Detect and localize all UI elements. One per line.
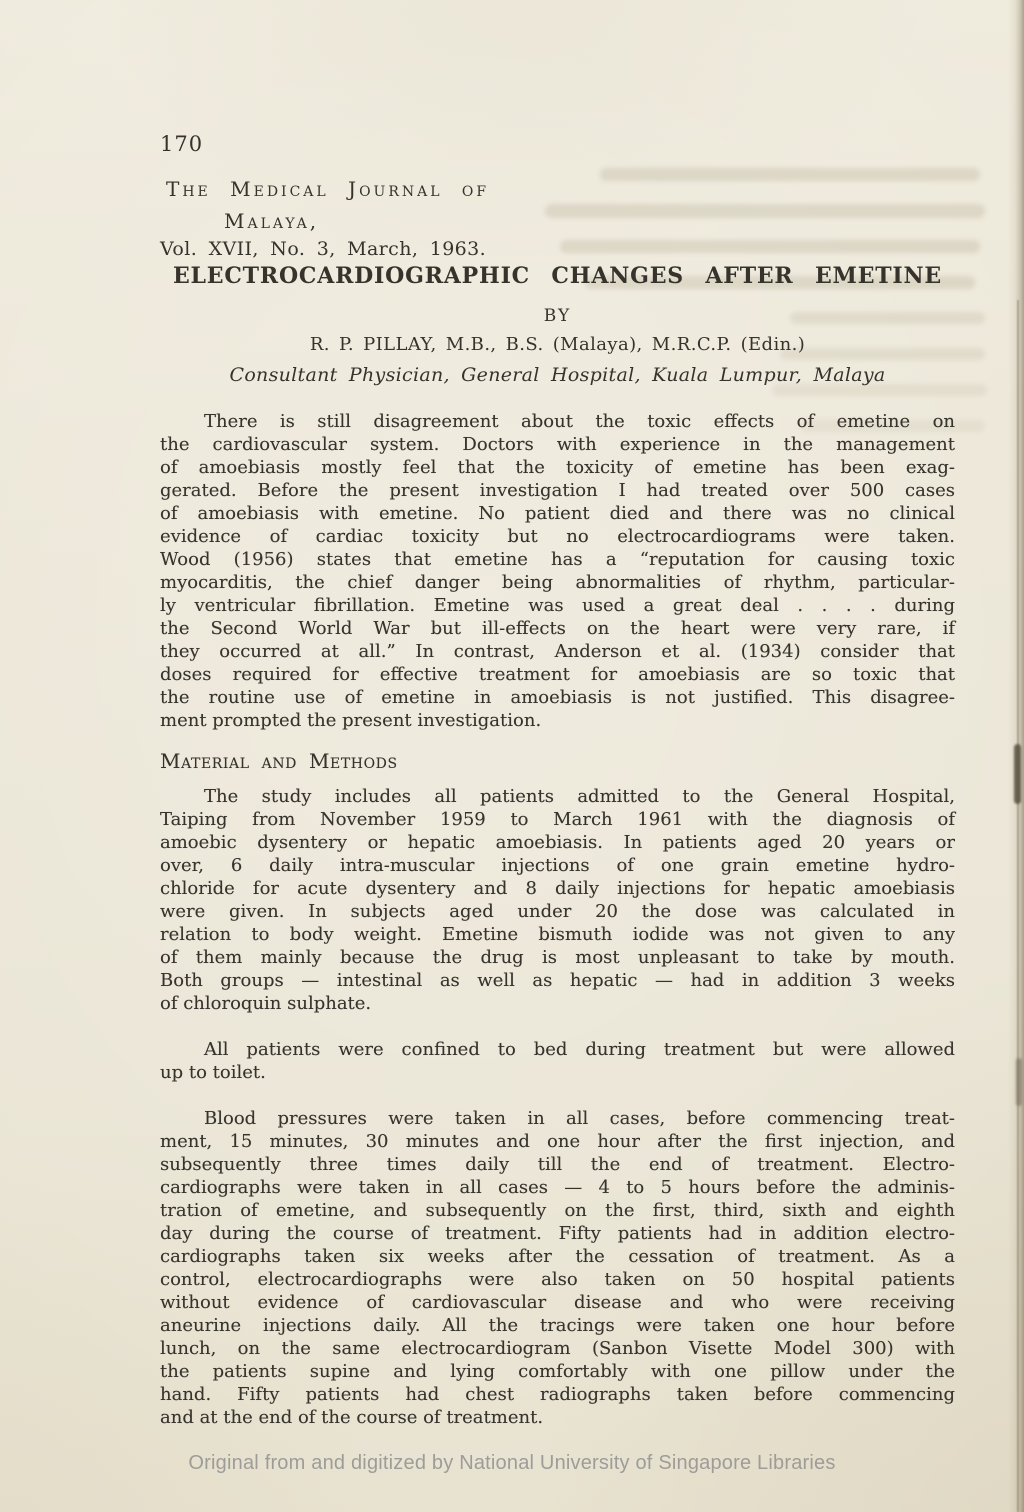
- text-line: ment, 15 minutes, 30 minutes and one hou…: [160, 1130, 955, 1153]
- bleedthrough-line: [545, 204, 985, 218]
- text-line: cardiographs were taken in all cases — 4…: [160, 1176, 955, 1199]
- text-line: the cardiovascular system. Doctors with …: [160, 433, 955, 456]
- byline-prefix: BY: [160, 306, 955, 326]
- text-line: relation to body weight. Emetine bismuth…: [160, 923, 955, 946]
- article-body: There is still disagreement about the to…: [160, 410, 955, 1429]
- text-line: gerated. Before the present investigatio…: [160, 479, 955, 502]
- text-line: Both groups — intestinal as well as hepa…: [160, 969, 955, 992]
- section-heading-material-and-methods: Material and Methods: [160, 750, 955, 773]
- binding-edge-line: [1017, 300, 1019, 1512]
- scanned-journal-page: 170 The Medical Journal of Malaya, Vol. …: [0, 0, 1024, 1512]
- text-line: were given. In subjects aged under 20 th…: [160, 900, 955, 923]
- text-line: and at the end of the course of treatmen…: [160, 1406, 955, 1429]
- text-line: hand. Fifty patients had chest radiograp…: [160, 1383, 955, 1406]
- paragraph-introduction: There is still disagreement about the to…: [160, 410, 955, 732]
- text-line: myocarditis, the chief danger being abno…: [160, 571, 955, 594]
- paragraph-measurements: Blood pressures were taken in all cases,…: [160, 1107, 955, 1429]
- text-line: control, electrocardiographs were also t…: [160, 1268, 955, 1291]
- text-line: All patients were confined to bed during…: [160, 1038, 955, 1061]
- author-line: R. P. PILLAY, M.B., B.S. (Malaya), M.R.C…: [160, 334, 955, 355]
- bleedthrough-line: [600, 168, 980, 181]
- text-line: the Second World War but ill-effects on …: [160, 617, 955, 640]
- text-line: amoebic dysentery or hepatic amoebiasis.…: [160, 831, 955, 854]
- text-line: aneurine injections daily. All the traci…: [160, 1314, 955, 1337]
- affiliation-line: Consultant Physician, General Hospital, …: [160, 364, 955, 386]
- text-line: Blood pressures were taken in all cases,…: [160, 1107, 955, 1130]
- paragraph-bed-rest: All patients were confined to bed during…: [160, 1038, 955, 1084]
- page-number: 170: [160, 132, 203, 156]
- text-line: of amoebiasis mostly feel that the toxic…: [160, 456, 955, 479]
- text-line: chloride for acute dysentery and 8 daily…: [160, 877, 955, 900]
- paragraph-study-population: The study includes all patients admitted…: [160, 785, 955, 1015]
- text-line: Wood (1956) states that emetine has a “r…: [160, 548, 955, 571]
- text-line: the routine use of emetine in amoebiasis…: [160, 686, 955, 709]
- text-line: up to toilet.: [160, 1061, 955, 1084]
- article-title: ELECTROCARDIOGRAPHIC CHANGES AFTER EMETI…: [160, 263, 955, 289]
- text-line: There is still disagreement about the to…: [160, 410, 955, 433]
- text-line: over, 6 daily intra-muscular injections …: [160, 854, 955, 877]
- digitization-credit: Original from and digitized by National …: [0, 1452, 1024, 1475]
- text-line: cardiographs taken six weeks after the c…: [160, 1245, 955, 1268]
- text-line: lunch, on the same electrocardiogram (Sa…: [160, 1337, 955, 1360]
- journal-name-line2: Malaya,: [224, 209, 319, 233]
- text-line: ment prompted the present investigation.: [160, 709, 955, 732]
- edge-ink-mark: [1014, 744, 1021, 804]
- text-line: of amoebiasis with emetine. No patient d…: [160, 502, 955, 525]
- edge-ink-mark: [1016, 1058, 1022, 1106]
- text-line: evidence of cardiac toxicity but no elec…: [160, 525, 955, 548]
- text-line: subsequently three times daily till the …: [160, 1153, 955, 1176]
- text-line: the patients supine and lying comfortabl…: [160, 1360, 955, 1383]
- text-line: doses required for effective treatment f…: [160, 663, 955, 686]
- text-line: they occurred at all.” In contrast, Ande…: [160, 640, 955, 663]
- journal-name-line1: The Medical Journal of: [166, 177, 489, 201]
- text-line: of chloroquin sulphate.: [160, 992, 955, 1015]
- bleedthrough-line: [560, 240, 980, 253]
- text-line: Taiping from November 1959 to March 1961…: [160, 808, 955, 831]
- text-line: The study includes all patients admitted…: [160, 785, 955, 808]
- text-line: tration of emetine, and subsequently on …: [160, 1199, 955, 1222]
- text-line: without evidence of cardiovascular disea…: [160, 1291, 955, 1314]
- journal-issue-line: Vol. XVII, No. 3, March, 1963.: [160, 238, 486, 260]
- text-line: ly ventricular fibrillation. Emetine was…: [160, 594, 955, 617]
- text-line: day during the course of treatment. Fift…: [160, 1222, 955, 1245]
- text-line: of them mainly because the drug is most …: [160, 946, 955, 969]
